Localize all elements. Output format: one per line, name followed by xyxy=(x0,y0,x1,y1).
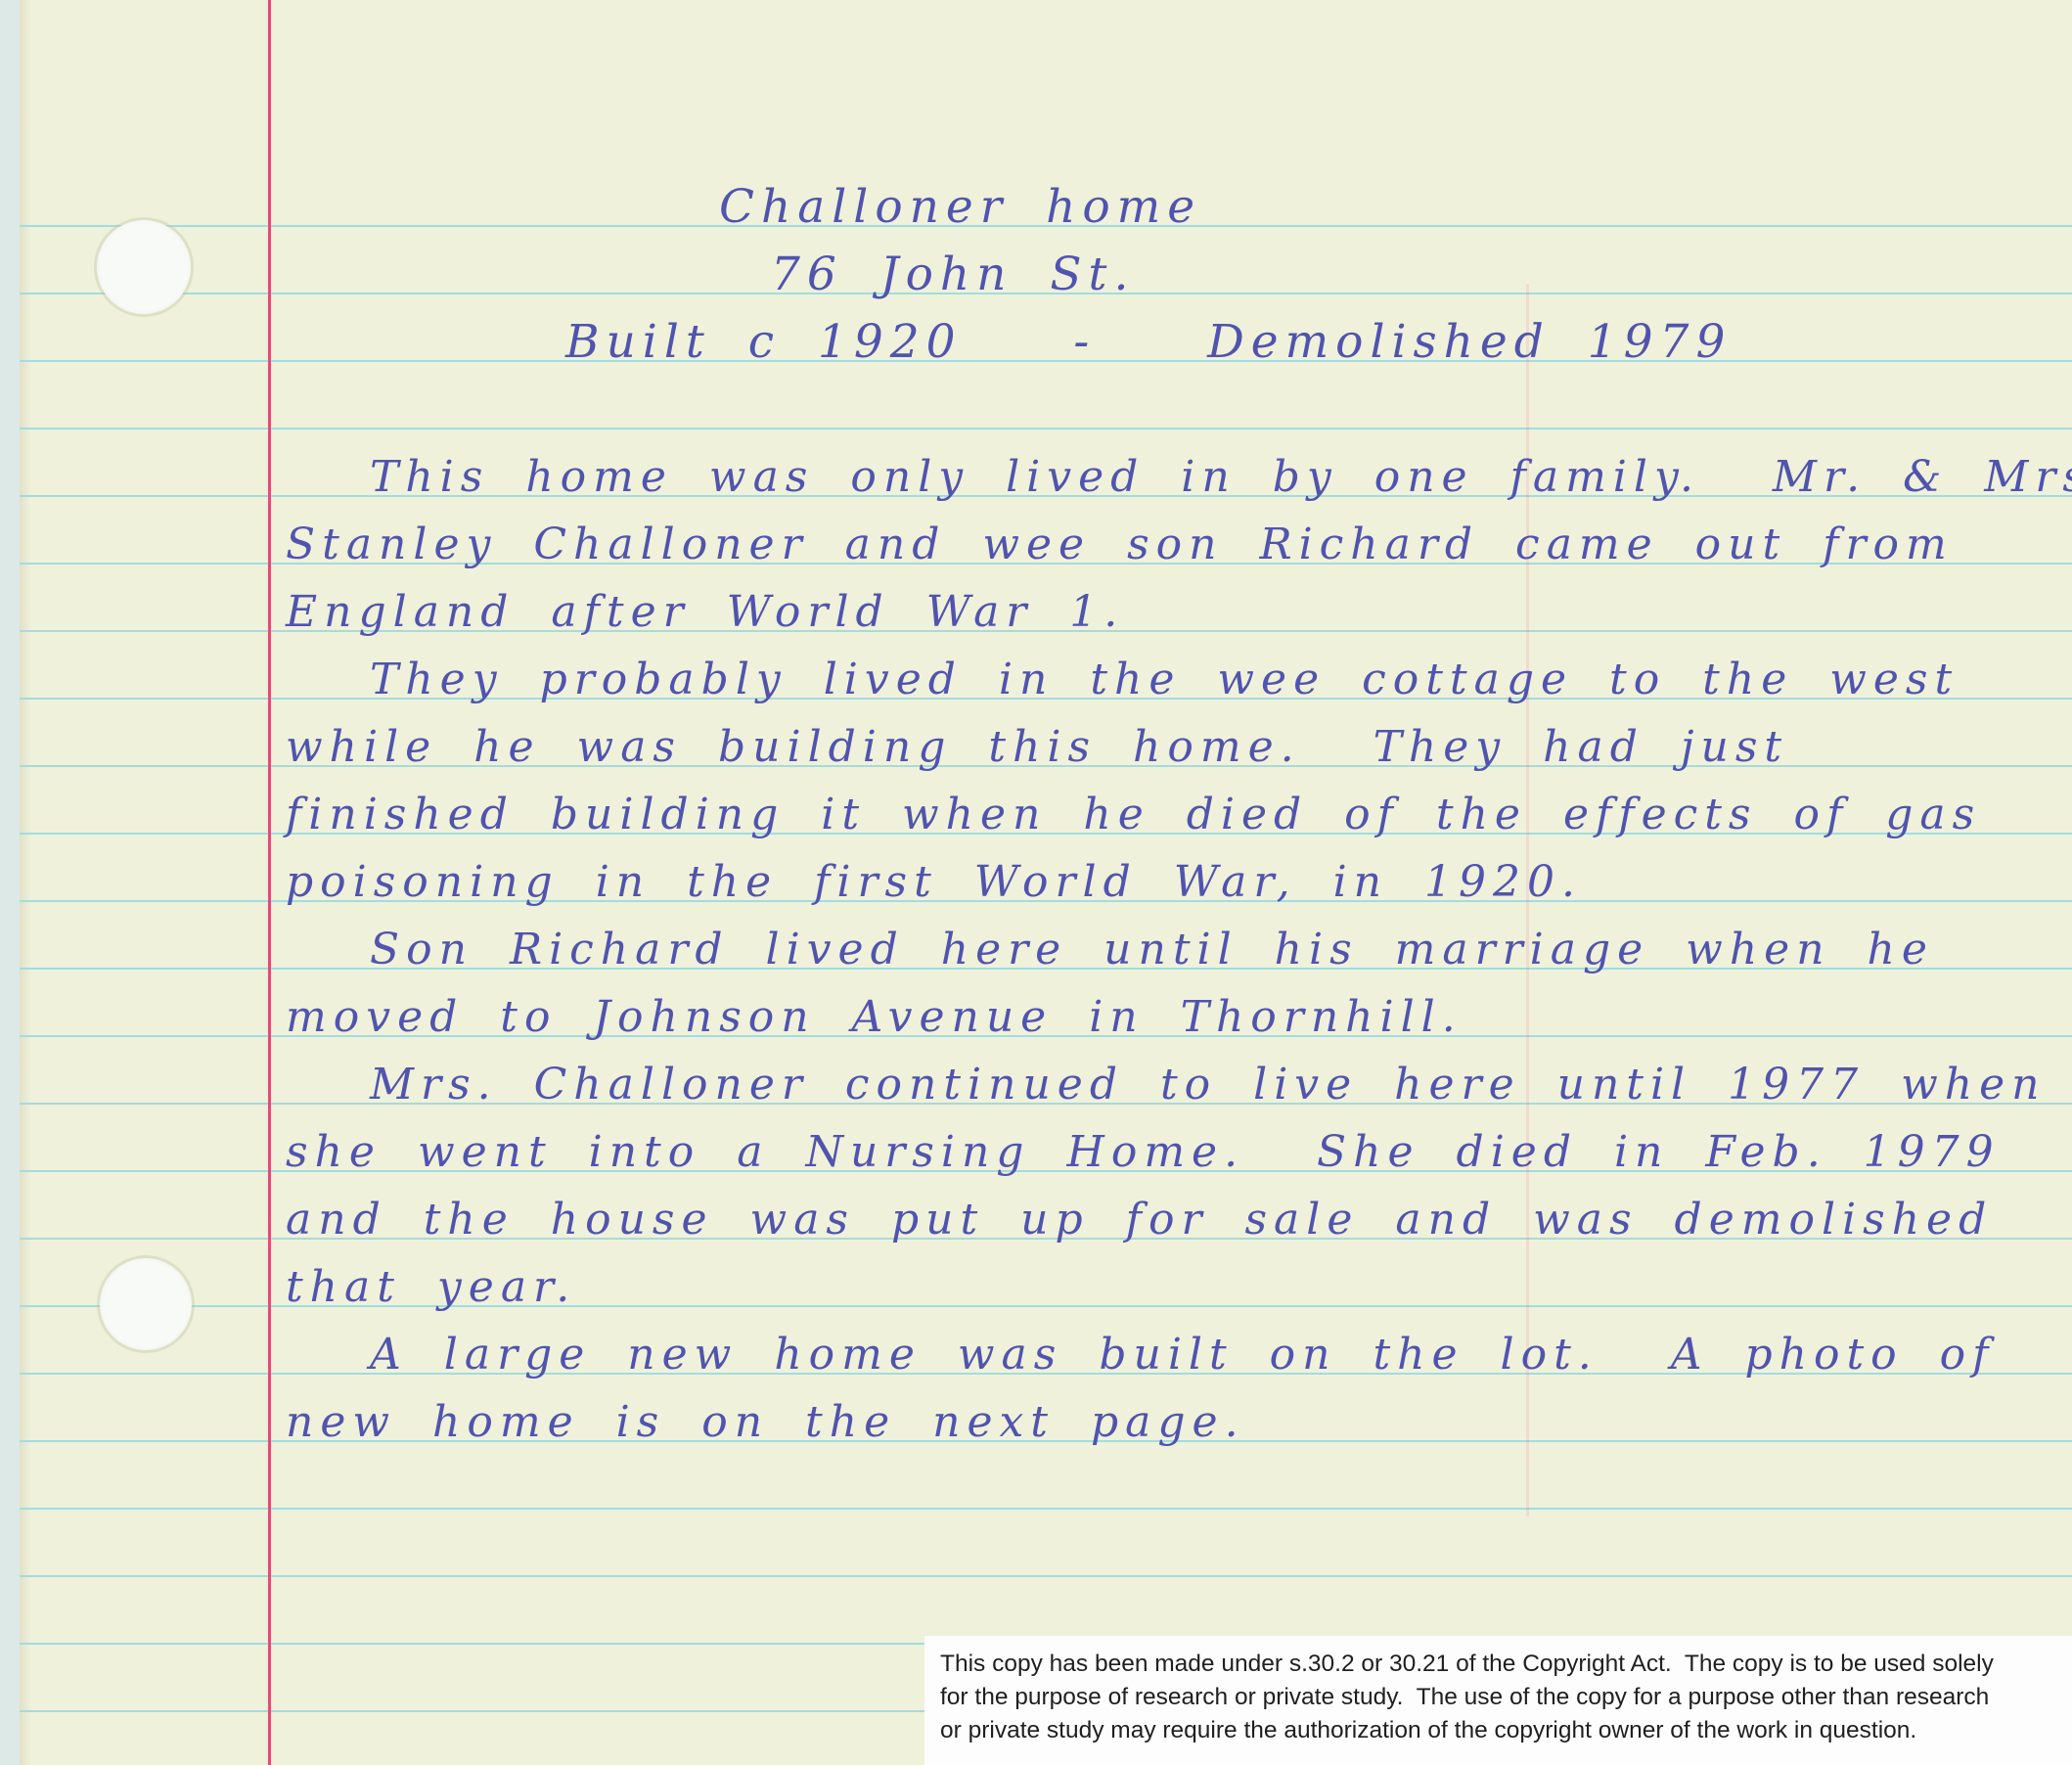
handwritten-line: while he was building this home. They ha… xyxy=(286,713,1788,781)
scanned-page: Challoner home 76 John St. Built c 1920 … xyxy=(0,0,2072,1765)
handwritten-line: she went into a Nursing Home. She died i… xyxy=(286,1118,2001,1186)
handwritten-line: Stanley Challoner and wee son Richard ca… xyxy=(286,511,1954,578)
red-margin-line xyxy=(268,0,271,1765)
handwritten-line: poisoning in the first World War, in 192… xyxy=(286,848,1582,916)
handwritten-line: new home is on the next page. xyxy=(286,1388,1245,1456)
stamp-text-line: for the purpose of research or private s… xyxy=(940,1681,2058,1714)
hole-punch-bottom xyxy=(100,1258,192,1350)
note-dates-line: Built c 1920 - Demolished 1979 xyxy=(565,308,1732,376)
handwritten-line: This home was only lived in by one famil… xyxy=(286,443,2072,511)
handwritten-line: Mrs. Challoner continued to live here un… xyxy=(286,1051,2046,1118)
stamp-text-line: or private study may require the authori… xyxy=(940,1714,2058,1747)
scanner-background xyxy=(0,0,20,1765)
note-address-line: 76 John St. xyxy=(771,241,1135,308)
handwritten-line: and the house was put up for sale and wa… xyxy=(286,1186,1993,1253)
handwritten-line: finished building it when he died of the… xyxy=(286,781,1981,848)
handwritten-line: moved to Johnson Avenue in Thornhill. xyxy=(286,983,1463,1051)
handwritten-line: Son Richard lived here until his marriag… xyxy=(286,916,1934,983)
handwritten-line: England after World War 1. xyxy=(286,578,1124,646)
note-title-line: Challoner home xyxy=(719,173,1201,241)
handwritten-line: that year. xyxy=(286,1253,576,1321)
stamp-text-line: This copy has been made under s.30.2 or … xyxy=(940,1648,2058,1681)
handwritten-line: They probably lived in the wee cottage t… xyxy=(286,646,1959,713)
handwritten-line: A large new home was built on the lot. A… xyxy=(286,1321,1995,1388)
copyright-stamp: This copy has been made under s.30.2 or … xyxy=(924,1636,2072,1765)
hole-punch-top xyxy=(97,220,191,314)
